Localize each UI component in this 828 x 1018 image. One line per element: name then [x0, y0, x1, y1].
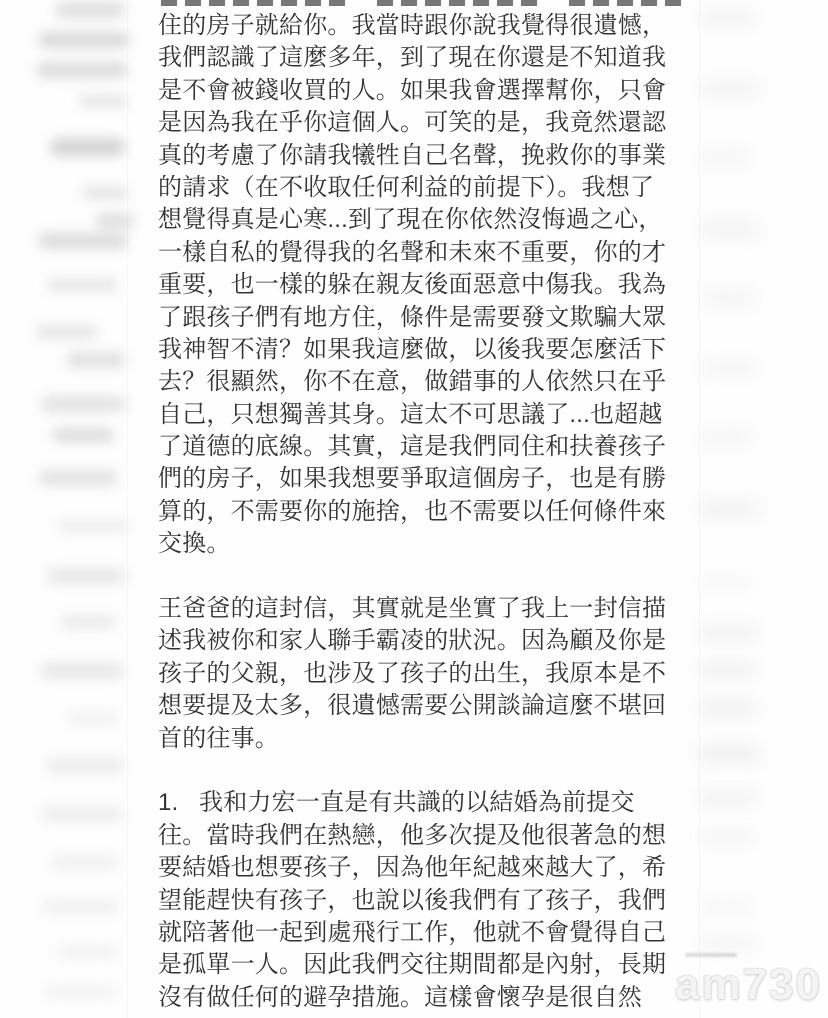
watermark-am730: am730 [675, 953, 822, 1010]
blurred-text-blob [700, 10, 755, 26]
blurred-text-blob [45, 985, 115, 999]
clipped-character-bottom [209, 0, 225, 6]
clipped-character-bottom [617, 0, 633, 6]
text-line: 們的房子，如果我想要爭取這個房子，也是有勝 [158, 463, 703, 495]
left-fade-gradient [118, 0, 158, 1018]
blurred-text-blob [42, 900, 120, 914]
blurred-text-blob [38, 32, 130, 48]
blurred-text-blob [58, 520, 128, 532]
text-line: 要結婚也想要孩子，因為他年紀越來越大了，希 [158, 852, 703, 884]
blurred-text-blob [700, 220, 760, 238]
blurred-text-blob [55, 2, 125, 18]
blurred-text-blob [36, 62, 128, 78]
text-line: 想覺得真是心寒...到了現在你依然沒悔過之心， [158, 204, 703, 236]
text-line: 是孤單一人。因此我們交往期間都是內射，長期 [158, 949, 703, 981]
blurred-text-blob [96, 214, 134, 228]
text-line: 算的，不需要你的施捨，也不需要以任何條件來 [158, 496, 703, 528]
watermark-tagline-blur [685, 953, 737, 957]
text-line: 的請求（在不收取任何利益的前提下）。我想了 [158, 172, 703, 204]
text-line: 住的房子就給你。我當時跟你說我覺得很遺憾， [158, 10, 703, 42]
blurred-text-blob [38, 233, 128, 249]
text-line: 重要，也一樣的躲在親友後面惡意中傷我。我為 [158, 269, 703, 301]
text-line: 是不會被錢收買的人。如果我會選擇幫你，只會 [158, 75, 703, 107]
blurred-text-blob [40, 396, 126, 412]
letter-body: 住的房子就給你。我當時跟你說我覺得很遺憾，我們認識了這麼多年，到了現在你還是不知… [158, 10, 703, 1014]
blurred-text-blob [50, 855, 120, 869]
watermark-text: am730 [675, 960, 822, 1010]
text-line: 交換。 [158, 528, 703, 560]
clipped-character-bottom [641, 0, 657, 6]
paragraph-spacer [158, 561, 703, 593]
blurred-text-blob [52, 428, 114, 442]
blurred-text-blob [702, 290, 756, 306]
clipped-character-bottom [497, 0, 513, 6]
clipped-character-bottom [569, 0, 585, 6]
clipped-character-bottom [281, 0, 297, 6]
blurred-text-blob [60, 615, 116, 629]
text-line: 我神智不清？如果我這麼做，以後我要怎麼活下 [158, 334, 703, 366]
blurred-text-blob [55, 945, 117, 959]
clipped-character-bottom [329, 0, 345, 6]
text-line: 孩子的父親，也涉及了孩子的出生，我原本是不 [158, 658, 703, 690]
clipped-character-bottom [425, 0, 441, 6]
text-line: 述我被你和家人聯手霸凌的狀況。因為顧及你是 [158, 625, 703, 657]
article-page: 住的房子就給你。我當時跟你說我覺得很遺憾，我們認識了這麼多年，到了現在你還是不知… [0, 0, 828, 1018]
blurred-text-blob [700, 575, 750, 589]
blurred-text-blob [46, 568, 126, 584]
clipped-character-bottom [473, 0, 489, 6]
text-line: 我們認識了這麼多年，到了現在你還是不知道我 [158, 42, 703, 74]
text-line: 望能趕快有孩子，也說以後我們有了孩子，我們 [158, 885, 703, 917]
text-line: 了跟孩子們有地方住，條件是需要發文欺騙大眾 [158, 302, 703, 334]
clipped-character-bottom [257, 0, 273, 6]
text-line: 就陪著他一起到處飛行工作，他就不會覺得自己 [158, 917, 703, 949]
clipped-character-bottom [305, 0, 321, 6]
clipped-character-bottom [593, 0, 609, 6]
blurred-text-blob [698, 662, 756, 678]
clipped-character-bottom [665, 0, 681, 6]
blurred-text-blob [700, 830, 754, 844]
text-line: 是因為我在乎你這個人。可笑的是，我竟然還認 [158, 107, 703, 139]
clipped-character-bottom [377, 0, 393, 6]
clipped-character-bottom [185, 0, 201, 6]
clipped-character-bottom [233, 0, 249, 6]
blurred-text-blob [700, 935, 756, 951]
blurred-text-blob [66, 352, 126, 368]
blurred-text-blob [698, 790, 756, 806]
text-line: 首的往事。 [158, 723, 703, 755]
text-line: 真的考慮了你請我犧牲自己名聲，挽救你的事業 [158, 140, 703, 172]
blurred-text-blob [700, 900, 750, 914]
text-line: 了道德的底線。其實，這是我們同住和扶養孩子 [158, 431, 703, 463]
blurred-text-blob [40, 806, 124, 822]
text-line: 自己，只想獨善其身。這太不可思議了...也超越 [158, 399, 703, 431]
blurred-text-blob [36, 325, 98, 339]
text-line: 去？很顯然，你不在意，做錯事的人依然只在乎 [158, 366, 703, 398]
blurred-text-blob [698, 500, 760, 518]
text-line: 沒有做任何的避孕措施。這樣會懷孕是很自然 [158, 982, 703, 1014]
blurred-text-blob [700, 80, 760, 98]
text-line: 想要提及太多，很遺憾需要公開談論這麼不堪回 [158, 690, 703, 722]
blurred-text-blob [46, 758, 124, 774]
blurred-text-blob [68, 712, 118, 724]
clipped-character-bottom [521, 0, 537, 6]
blurred-text-blob [700, 360, 758, 376]
text-line: 1. 我和力宏一直是有共識的以結婚為前提交 [158, 787, 703, 819]
paragraph-spacer [158, 755, 703, 787]
blurred-text-blob [78, 94, 128, 108]
blurred-text-blob [82, 186, 128, 200]
blurred-text-blob [698, 625, 758, 641]
blurred-text-blob [50, 138, 125, 156]
blurred-text-blob [40, 663, 124, 679]
clipped-character-bottom [161, 0, 177, 6]
text-line: 一樣自私的覺得我的名聲和未來不重要，你的才 [158, 237, 703, 269]
text-line: 往。當時我們在熱戀，他多次提及他很著急的想 [158, 820, 703, 852]
blurred-text-blob [698, 700, 758, 716]
clipped-character-bottom [401, 0, 417, 6]
text-line: 王爸爸的這封信，其實就是坐實了我上一封信描 [158, 593, 703, 625]
blurred-text-blob [38, 470, 118, 486]
blurred-text-blob [46, 278, 118, 292]
blurred-text-blob [700, 430, 752, 446]
blurred-text-blob [698, 745, 760, 763]
blurred-text-blob [700, 150, 750, 166]
clipped-character-bottom [449, 0, 465, 6]
